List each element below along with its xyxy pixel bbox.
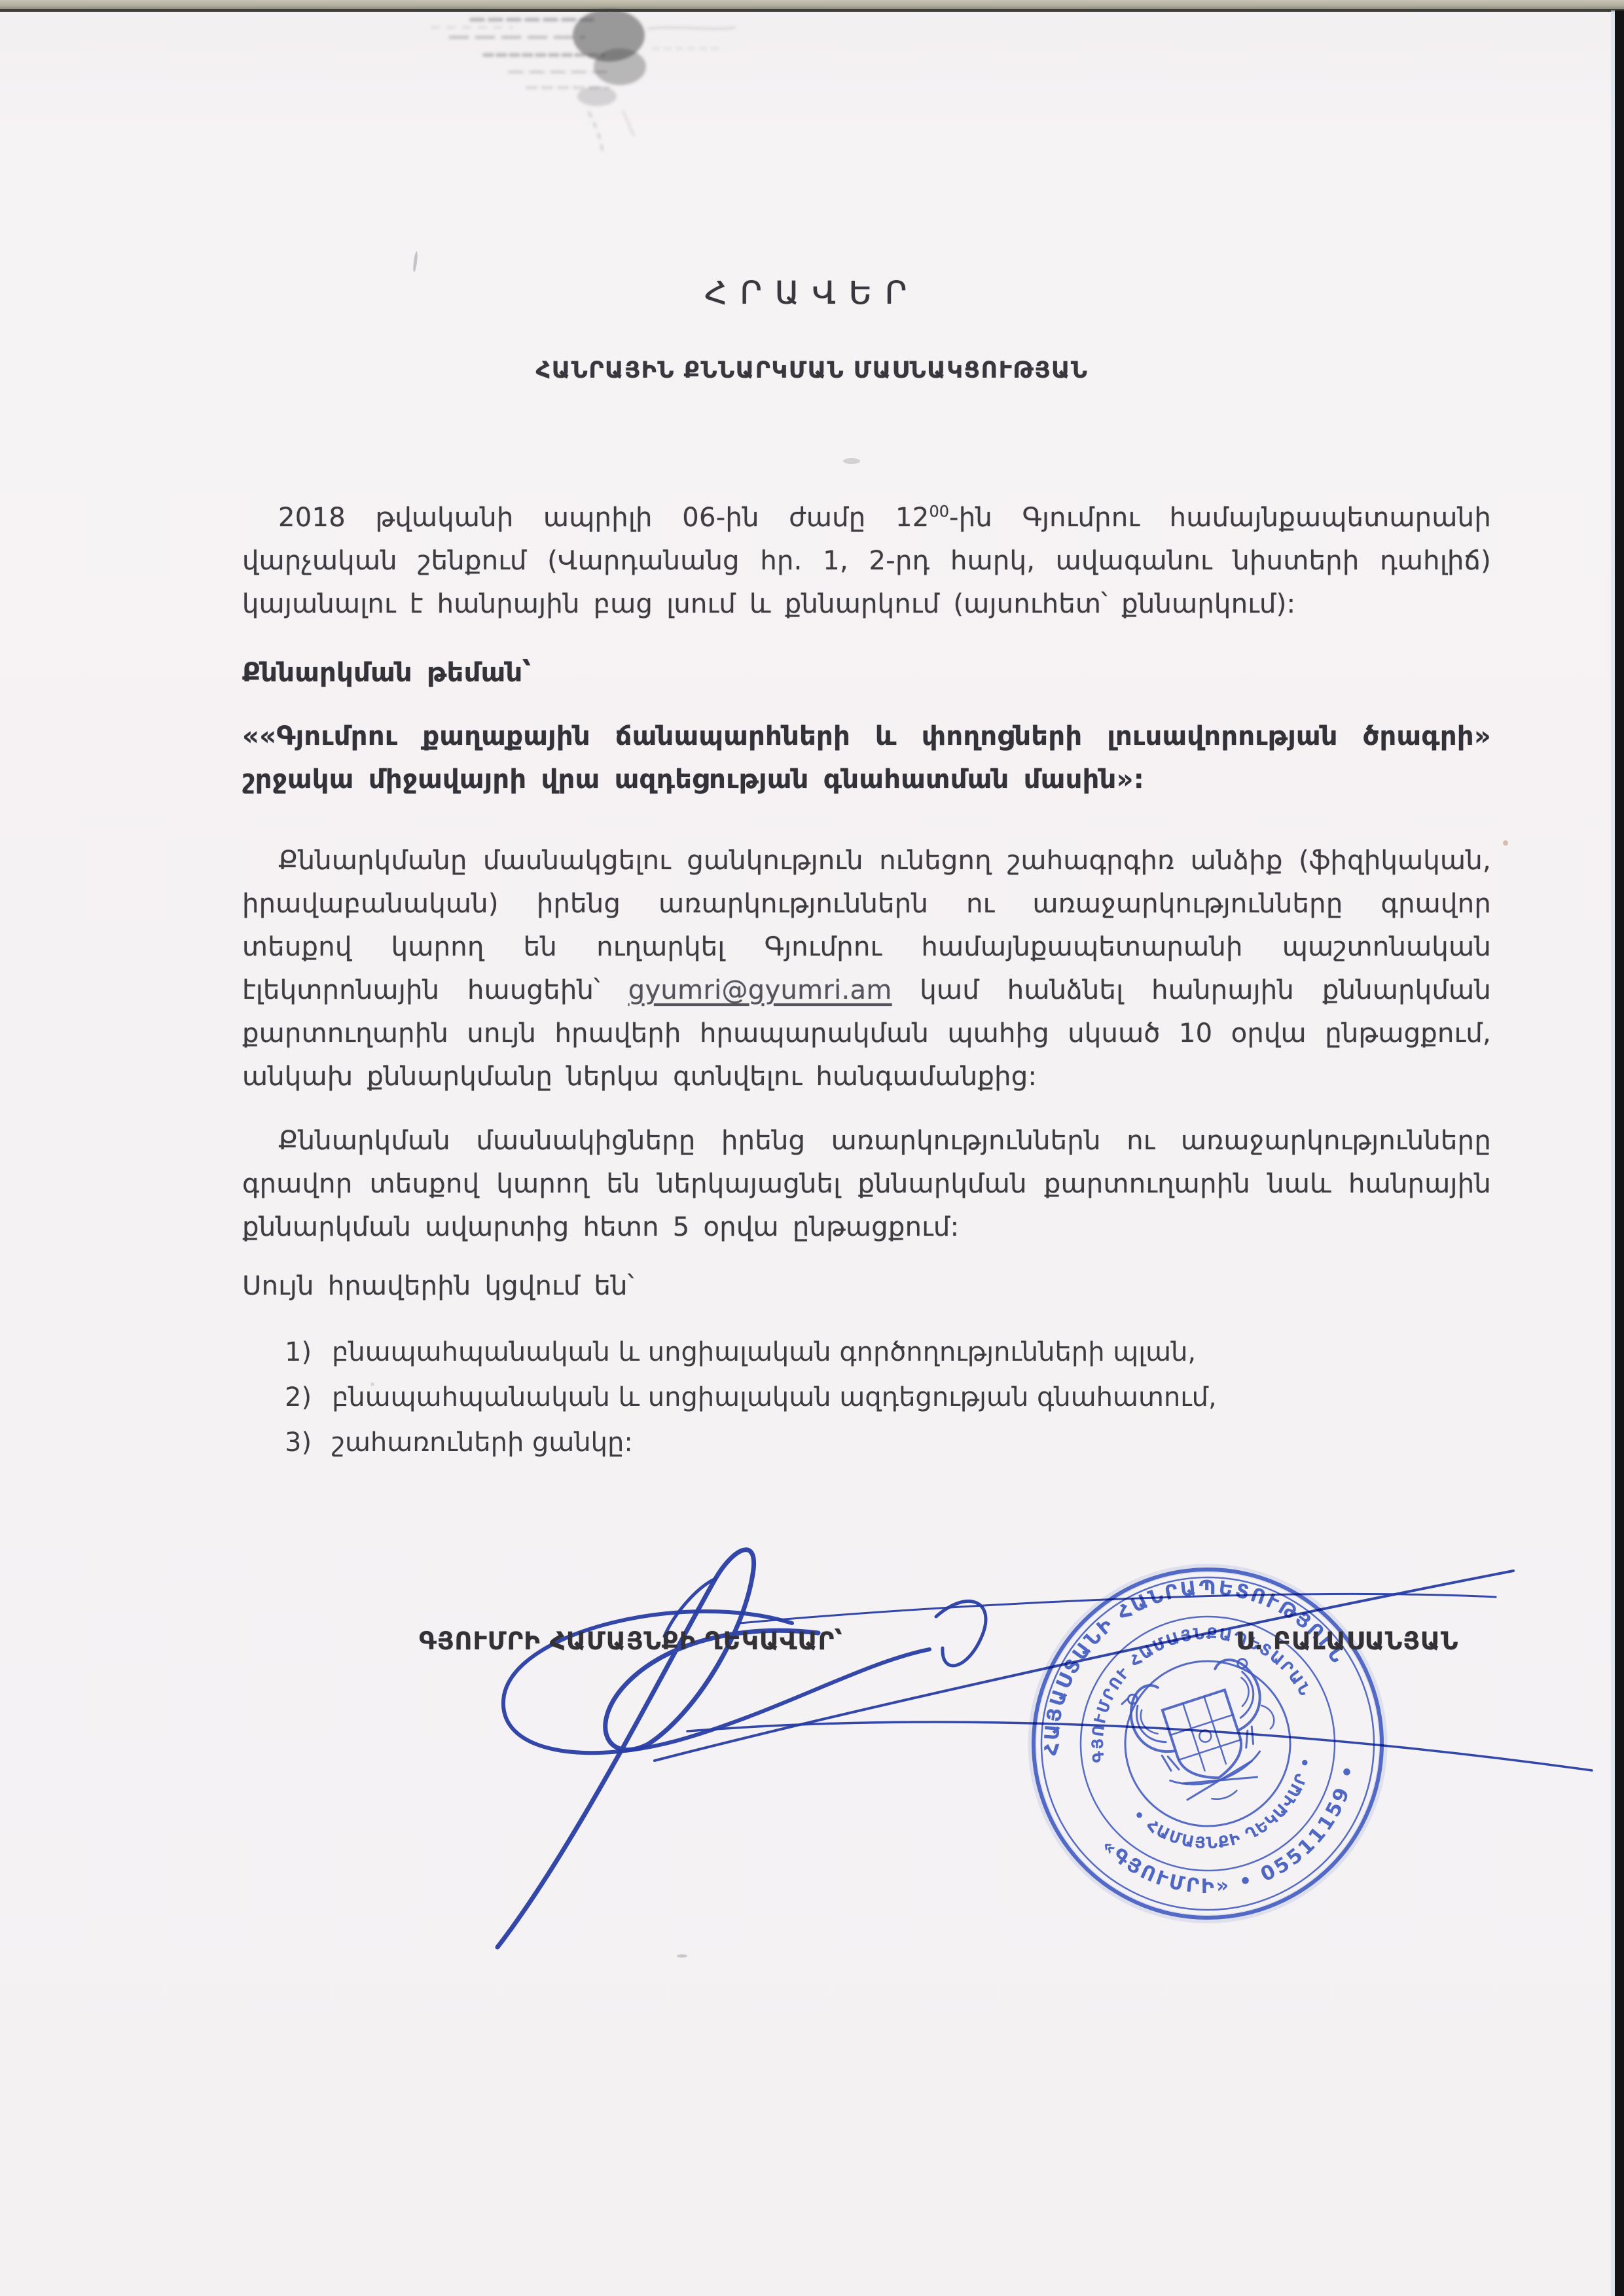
topic-label: Քննարկման թեման՝ [242,651,1491,694]
document-title: ՀՐԱՎԵՐ [0,275,1624,312]
signature-name: Ս. ԲԱԼԱՍԱՆՅԱՆ [1236,1627,1458,1655]
scan-artifact-speck [1503,840,1508,846]
list-item: 2) բնապահպանական և սոցիալական ազդեցությա… [285,1375,1489,1420]
list-item-number: 3) [285,1420,332,1465]
list-item-number: 2) [285,1375,332,1420]
paragraph-post-discussion: Քննարկման մասնակիցները իրենց առարկությու… [242,1119,1491,1249]
signature-ink [367,1525,1597,1983]
scan-artifact-scratch [412,251,418,272]
time-superscript: 00 [929,503,949,521]
scanner-edge-top [0,0,1624,12]
list-item: 3) շահառուների ցանկը: [285,1420,1489,1465]
signature-role: ԳՅՈՒՄՐԻ ՀԱՄԱՅՆՔԻ ՂԵԿԱՎԱՐ՝ [419,1627,843,1655]
email-link[interactable]: gyumri@gyumri.am [628,975,892,1005]
attachments-list: 1) բնապահպանական և սոցիալական գործողությ… [285,1330,1489,1465]
scan-artifact-mark [843,458,860,464]
list-item: 1) բնապահպանական և սոցիալական գործողությ… [285,1330,1489,1375]
list-item-number: 1) [285,1330,332,1375]
topic-paragraph: ««Գյումրու քաղաքային ճանապարհների և փողո… [242,715,1491,801]
paragraph-event-details: 2018 թվականի ապրիլի 06-ին ժամը 1200-ին Գ… [242,496,1491,626]
list-item-text: բնապահպանական և սոցիալական գործողություն… [332,1330,1196,1375]
scanner-edge-right [1615,10,1624,2296]
attachments-label: Սույն հրավերին կցվում են՝ [242,1265,1491,1308]
list-item-text: շահառուների ցանկը: [332,1420,633,1465]
paragraph-event-lead: 2018 թվականի ապրիլի 06-ին ժամը 12 [278,503,929,533]
scanned-document-page: ՀՐԱՎԵՐ ՀԱՆՐԱՅԻՆ ՔՆՆԱՐԿՄԱՆ ՄԱՍՆԱԿՑՈՒԹՅԱՆ … [0,0,1624,2296]
document-subtitle: ՀԱՆՐԱՅԻՆ ՔՆՆԱՐԿՄԱՆ ՄԱՍՆԱԿՑՈՒԹՅԱՆ [0,357,1624,384]
scan-artifact-toner-smudge [393,1,799,171]
paragraph-submission-info: Քննարկմանը մասնակցելու ցանկություն ունեց… [242,839,1491,1098]
list-item-text: բնապահպանական և սոցիալական ազդեցության գ… [332,1375,1217,1420]
